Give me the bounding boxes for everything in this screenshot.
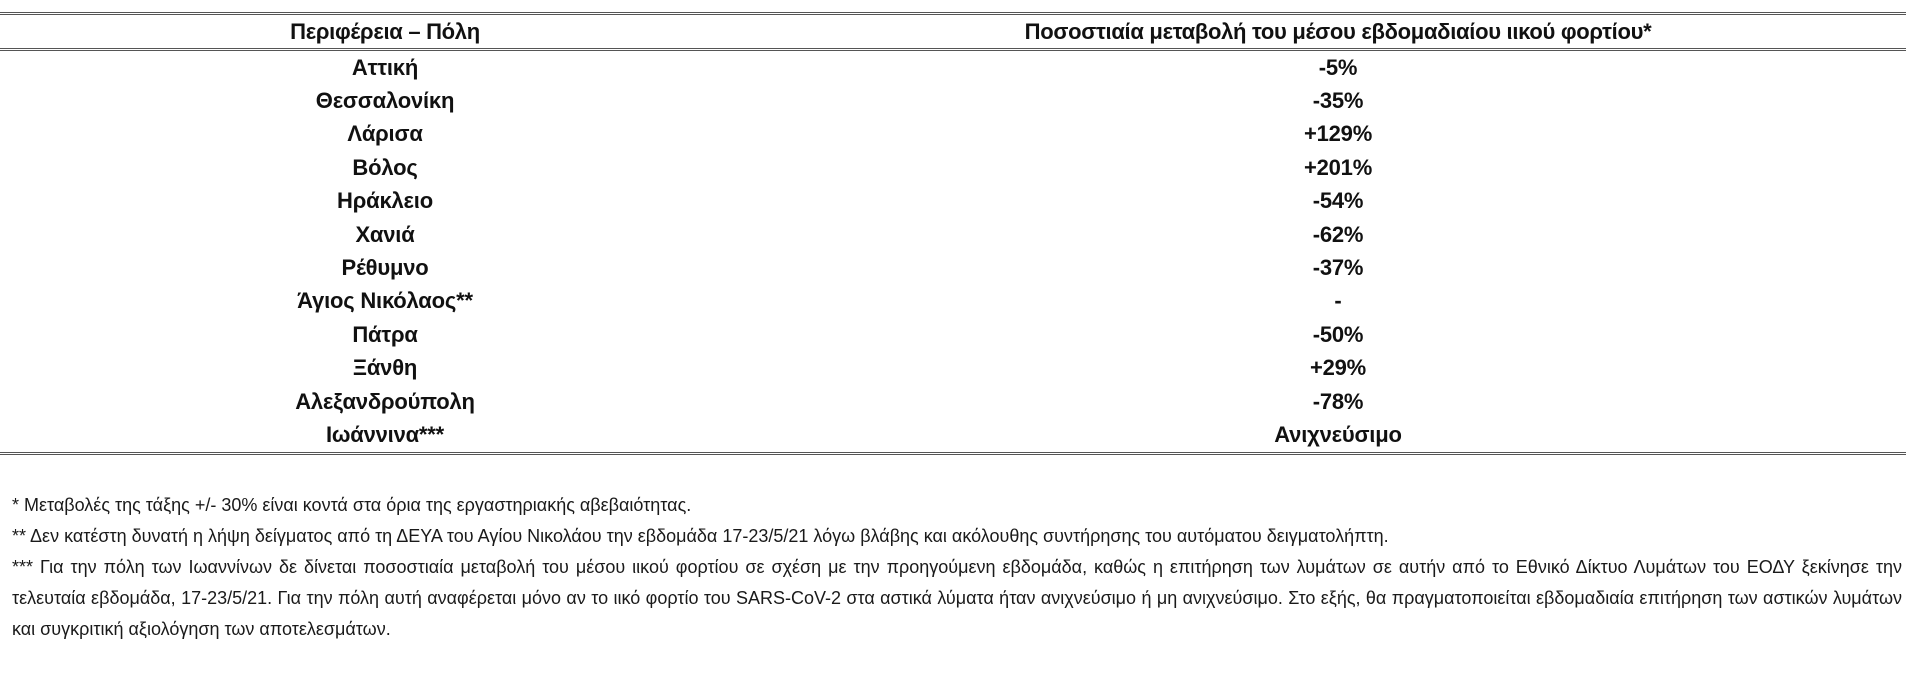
change-cell: -37% [770,251,1906,284]
region-cell: Λάρισα [0,118,770,151]
table-row: Ξάνθη +29% [0,352,1906,385]
column-header-region: Περιφέρεια – Πόλη [0,14,770,50]
table-row: Ιωάννινα*** Ανιχνεύσιμο [0,418,1906,453]
region-cell: Ξάνθη [0,352,770,385]
table-row: Βόλος +201% [0,151,1906,184]
column-header-change: Ποσοστιαία μεταβολή του μέσου εβδομαδιαί… [770,14,1906,50]
viral-load-table-container: Περιφέρεια – Πόλη Ποσοστιαία μεταβολή το… [0,12,1906,455]
change-cell: +201% [770,151,1906,184]
footnotes: * Μεταβολές της τάξης +/- 30% είναι κοντ… [12,490,1902,645]
table-row: Ρέθυμνο -37% [0,251,1906,284]
change-cell: +129% [770,118,1906,151]
table-body: Αττική -5% Θεσσαλονίκη -35% Λάρισα +129%… [0,50,1906,454]
table-row: Ηράκλειο -54% [0,185,1906,218]
change-cell: -78% [770,385,1906,418]
table-header-row: Περιφέρεια – Πόλη Ποσοστιαία μεταβολή το… [0,14,1906,50]
footnote-uncertainty: * Μεταβολές της τάξης +/- 30% είναι κοντ… [12,490,1902,521]
table-row: Θεσσαλονίκη -35% [0,84,1906,117]
table-row: Αλεξανδρούπολη -78% [0,385,1906,418]
region-cell: Ηράκλειο [0,185,770,218]
region-cell: Ρέθυμνο [0,251,770,284]
footnote-ioannina: *** Για την πόλη των Ιωαννίνων δε δίνετα… [12,552,1902,645]
change-cell: -54% [770,185,1906,218]
change-cell: -62% [770,218,1906,251]
table-row: Χανιά -62% [0,218,1906,251]
change-cell: - [770,285,1906,318]
footnote-agios-nikolaos: ** Δεν κατέστη δυνατή η λήψη δείγματος α… [12,521,1902,552]
table-row: Άγιος Νικόλαος** - [0,285,1906,318]
table-row: Πάτρα -50% [0,318,1906,351]
change-cell: -50% [770,318,1906,351]
region-cell: Χανιά [0,218,770,251]
region-cell: Θεσσαλονίκη [0,84,770,117]
region-cell: Αττική [0,50,770,85]
change-cell: Ανιχνεύσιμο [770,418,1906,453]
table-row: Αττική -5% [0,50,1906,85]
change-cell: -35% [770,84,1906,117]
table-row: Λάρισα +129% [0,118,1906,151]
region-cell: Άγιος Νικόλαος** [0,285,770,318]
change-cell: -5% [770,50,1906,85]
viral-load-table: Περιφέρεια – Πόλη Ποσοστιαία μεταβολή το… [0,12,1906,455]
change-cell: +29% [770,352,1906,385]
region-cell: Πάτρα [0,318,770,351]
region-cell: Βόλος [0,151,770,184]
region-cell: Αλεξανδρούπολη [0,385,770,418]
region-cell: Ιωάννινα*** [0,418,770,453]
